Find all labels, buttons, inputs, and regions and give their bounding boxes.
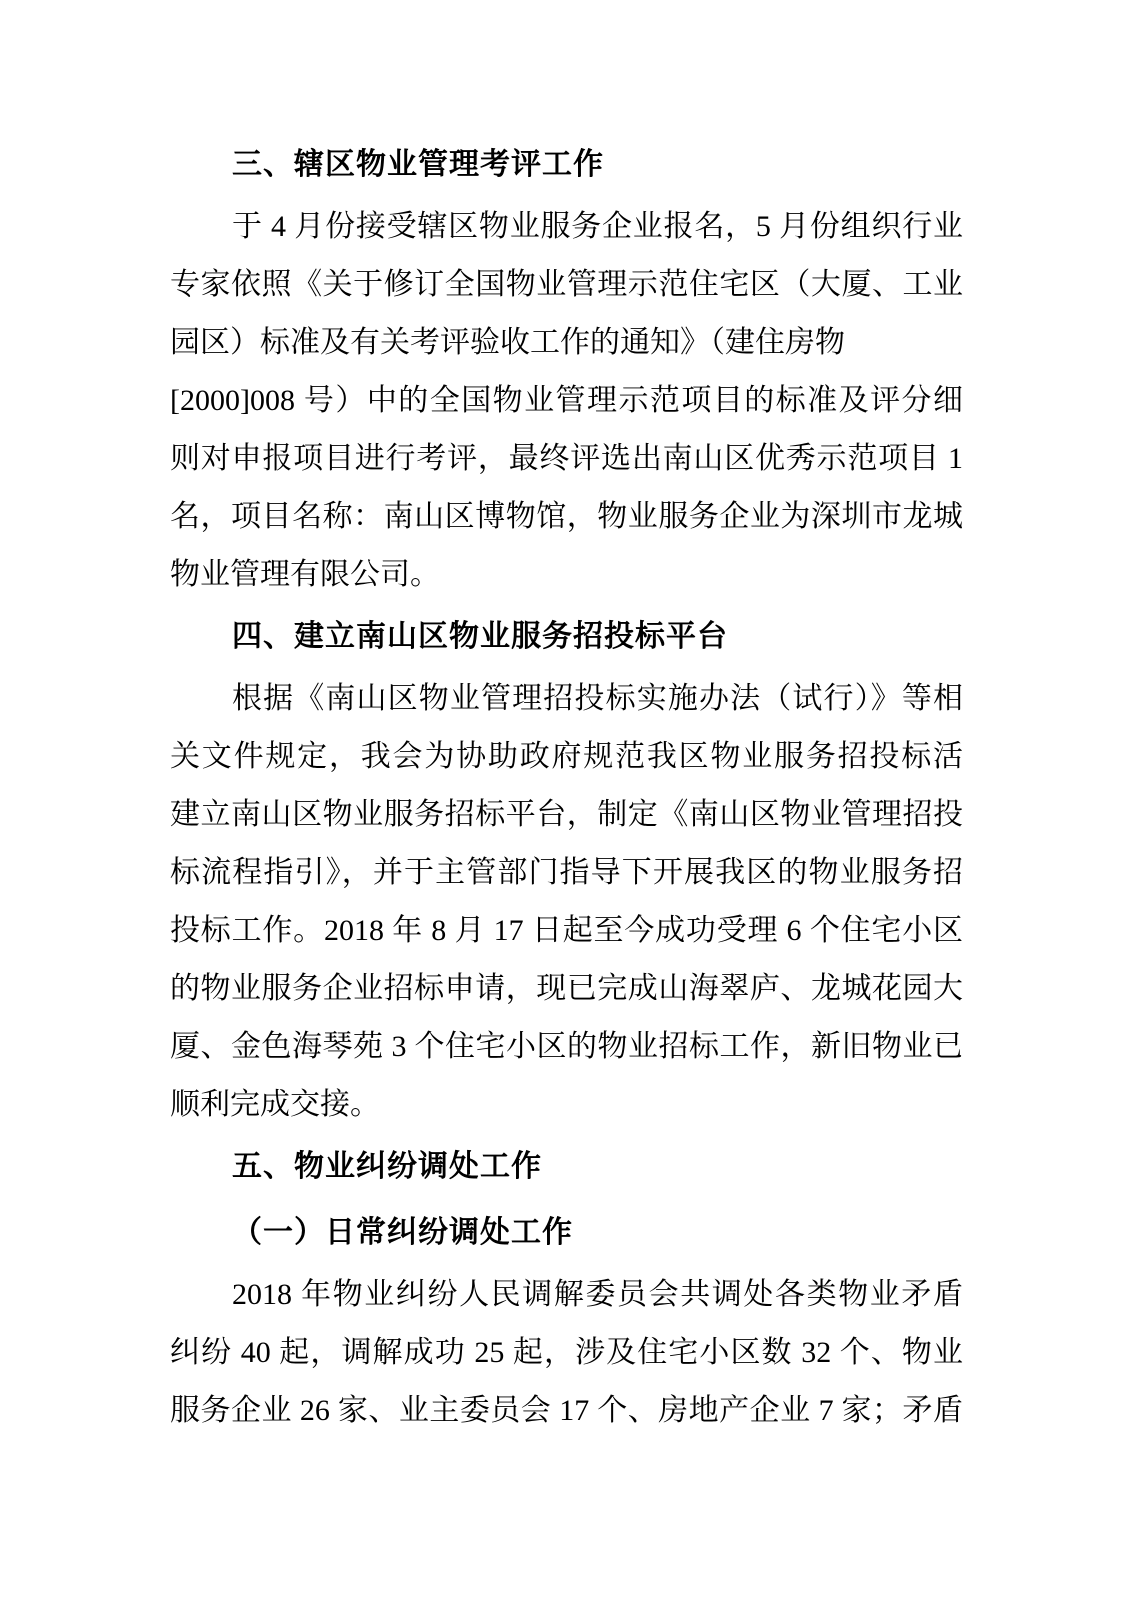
paragraph-line: 标流程指引》，并于主管部门指导下开展我区的物业服务招: [170, 844, 963, 902]
document-page: 三、辖区物业管理考评工作 于 4 月份接受辖区物业服务企业报名，5 月份组织行业…: [0, 0, 1131, 1600]
paragraph-line: 纠纷 40 起，调解成功 25 起，涉及住宅小区数 32 个、物业: [170, 1324, 963, 1382]
paragraph-line: 则对申报项目进行考评，最终评选出南山区优秀示范项目 1: [170, 430, 963, 488]
paragraph-line: 根据《南山区物业管理招投标实施办法（试行）》等相: [170, 670, 963, 728]
subsection-heading-5-1: （一）日常纠纷调处工作: [170, 1200, 963, 1266]
paragraph-line: 建立南山区物业服务招标平台，制定《南山区物业管理招投: [170, 786, 963, 844]
paragraph-line: 名，项目名称：南山区博物馆，物业服务企业为深圳市龙城: [170, 488, 963, 546]
document-body: 三、辖区物业管理考评工作 于 4 月份接受辖区物业服务企业报名，5 月份组织行业…: [170, 132, 963, 1440]
paragraph-line: 投标工作。2018 年 8 月 17 日起至今成功受理 6 个住宅小区: [170, 902, 963, 960]
paragraph-line: 于 4 月份接受辖区物业服务企业报名，5 月份组织行业: [170, 198, 963, 256]
paragraph-line: 园区）标准及有关考评验收工作的通知》（建住房物: [170, 314, 963, 372]
paragraph-line: 顺利完成交接。: [170, 1076, 963, 1134]
paragraph-line: 关文件规定，我会为协助政府规范我区物业服务招投标活动，: [170, 728, 963, 786]
paragraph-line: 物业管理有限公司。: [170, 546, 963, 604]
paragraph-line: 专家依照《关于修订全国物业管理示范住宅区（大厦、工业: [170, 256, 963, 314]
paragraph-line: 2018 年物业纠纷人民调解委员会共调处各类物业矛盾: [170, 1266, 963, 1324]
section-heading-5: 五、物业纠纷调处工作: [170, 1134, 963, 1200]
section-heading-4: 四、建立南山区物业服务招投标平台: [170, 604, 963, 670]
paragraph-line: 厦、金色海琴苑 3 个住宅小区的物业招标工作，新旧物业已: [170, 1018, 963, 1076]
paragraph-line: [2000]008 号）中的全国物业管理示范项目的标准及评分细: [170, 372, 963, 430]
paragraph-line: 服务企业 26 家、业主委员会 17 个、房地产企业 7 家；矛盾: [170, 1382, 963, 1440]
paragraph-line: 的物业服务企业招标申请，现已完成山海翠庐、龙城花园大: [170, 960, 963, 1018]
section-heading-3: 三、辖区物业管理考评工作: [170, 132, 963, 198]
